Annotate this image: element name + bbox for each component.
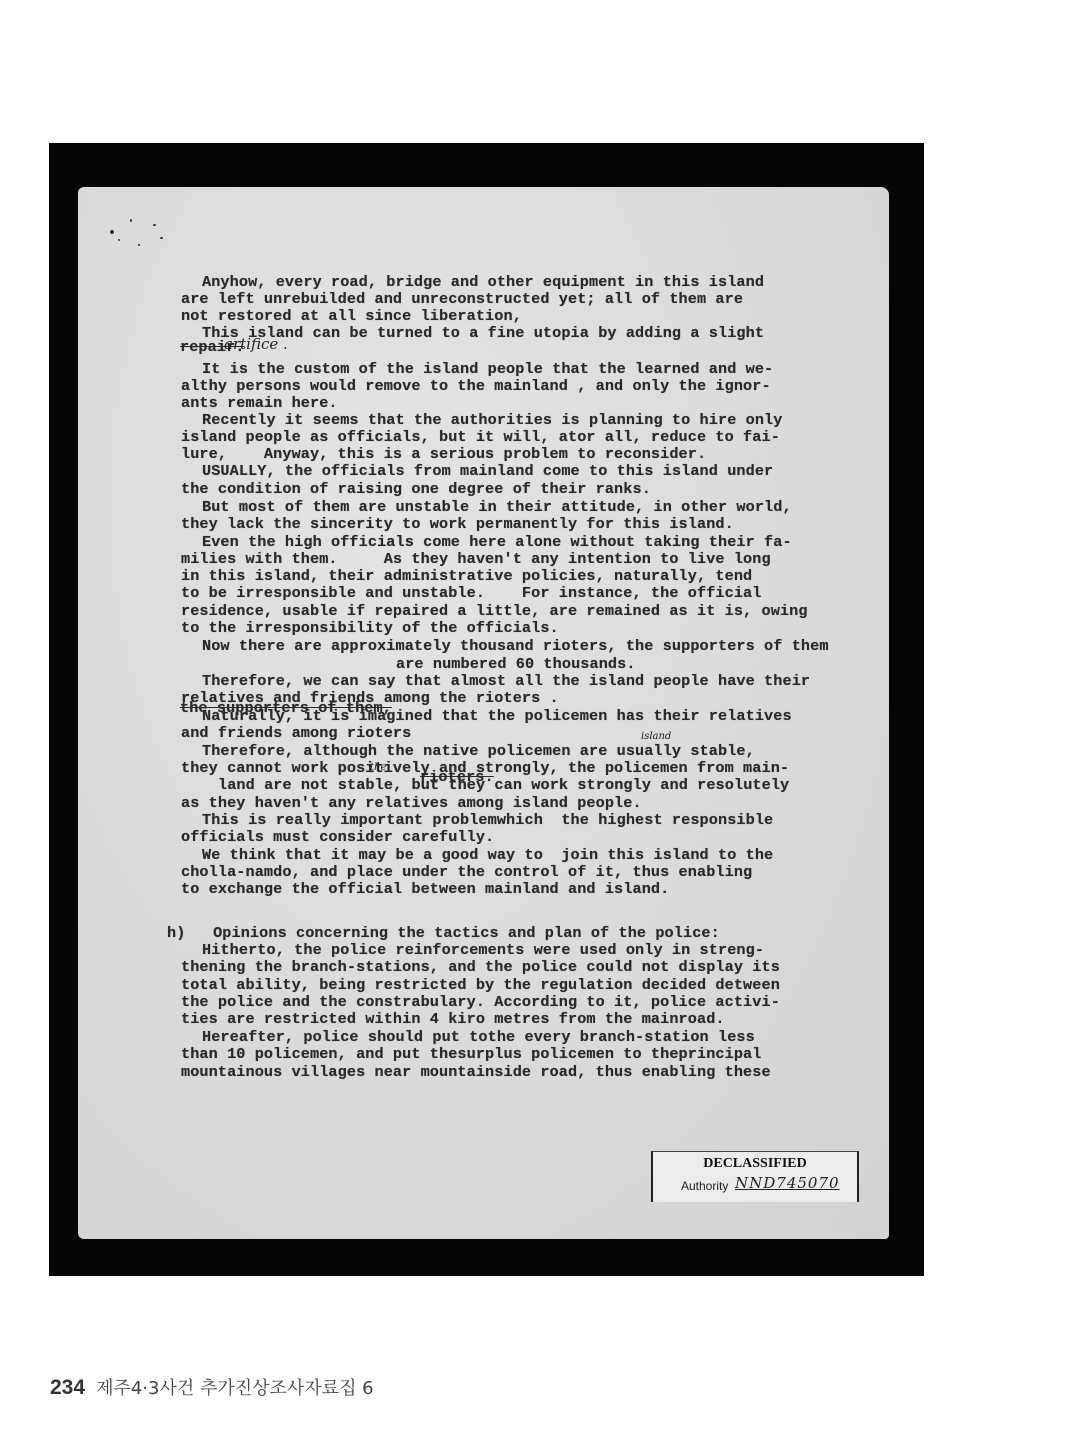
typed-line: are left unrebuilded and unreconstructed… xyxy=(181,292,743,307)
page-footer: 234 제주4·3사건 추가진상조사자료집 6 xyxy=(50,1374,374,1400)
paper-specks xyxy=(108,212,168,242)
typewritten-page: Anyhow, every road, bridge and other equ… xyxy=(78,187,889,1239)
typed-line: Anyhow, every road, bridge and other equ… xyxy=(202,275,764,290)
stamp-title: DECLASSIFIED xyxy=(653,1156,857,1172)
typed-line: Hereafter, police should put tothe every… xyxy=(202,1030,755,1045)
declassified-stamp: DECLASSIFIED Authority NND745070 xyxy=(651,1151,859,1202)
typed-line: total ability, being restricted by the r… xyxy=(181,978,780,993)
typed-line: Now there are approximately thousand rio… xyxy=(202,639,829,654)
stamp-authority-number: NND745070 xyxy=(735,1174,840,1192)
typed-line: USUALLY, the officials from mainland com… xyxy=(202,464,773,479)
typed-line: mountainous villages near mountainside r… xyxy=(181,1065,771,1080)
typed-line: are numbered 60 thousands. xyxy=(396,657,636,672)
handwritten-the: the xyxy=(370,762,386,773)
typed-line: cholla-namdo, and place under the contro… xyxy=(181,865,752,880)
stamp-authority-label: Authority xyxy=(681,1179,728,1193)
typed-line: But most of them are unstable in their a… xyxy=(202,500,792,515)
typed-line: thening the branch-stations, and the pol… xyxy=(181,960,780,975)
typed-line: officials must consider carefully. xyxy=(181,830,494,845)
handwritten-island: island xyxy=(641,731,671,742)
typed-line: althy persons would remove to the mainla… xyxy=(181,379,771,394)
typed-line: Therefore, we can say that almost all th… xyxy=(202,674,810,689)
typed-line: to exchange the official between mainlan… xyxy=(181,882,669,897)
typed-line: land are not stable, but they can work s… xyxy=(218,778,789,793)
typed-line: than 10 policemen, and put thesurplus po… xyxy=(181,1047,761,1062)
typed-line: as they haven't any relatives among isla… xyxy=(181,796,642,811)
typed-line: ants remain here. xyxy=(181,396,338,411)
typed-line: island people as officials, but it will,… xyxy=(181,430,780,445)
struck-text-supporters: the supporters of them, xyxy=(180,701,392,716)
typed-line: ties are restricted within 4 kiro metres… xyxy=(181,1012,725,1027)
struck-text-rioters: rioters. xyxy=(420,770,494,785)
handwritten-artifice: artifice . xyxy=(224,335,288,353)
page-number: 234 xyxy=(50,1376,85,1399)
typed-line: in this island, their administrative pol… xyxy=(181,569,752,584)
typed-line: and friends among rioters xyxy=(181,726,411,741)
typed-line: to the irresponsibility of the officials… xyxy=(181,621,559,636)
typed-line: We think that it may be a good way to jo… xyxy=(202,848,773,863)
typed-line: Hitherto, the police reinforcements were… xyxy=(202,943,764,958)
typed-line: residence, usable if repaired a little, … xyxy=(181,604,808,619)
typed-line: the police and the constrabulary. Accord… xyxy=(181,995,780,1010)
photo-frame: Anyhow, every road, bridge and other equ… xyxy=(49,143,924,1276)
typed-line: This is really important problemwhich th… xyxy=(202,813,773,828)
typed-line: It is the custom of the island people th… xyxy=(202,362,773,377)
typed-line: to be irresponsible and unstable. For in… xyxy=(181,586,761,601)
typed-line: h) Opinions concerning the tactics and p… xyxy=(167,926,720,941)
typed-line: not restored at all since liberation, xyxy=(181,309,522,324)
typed-line: the condition of raising one degree of t… xyxy=(181,482,651,497)
typed-line: Even the high officials come here alone … xyxy=(202,535,792,550)
book-title: 제주4·3사건 추가진상조사자료집 6 xyxy=(96,1378,374,1399)
typed-line: lure, Anyway, this is a serious problem … xyxy=(181,447,706,462)
typed-line: Recently it seems that the authorities i… xyxy=(202,413,782,428)
typed-line: milies with them. As they haven't any in… xyxy=(181,552,771,567)
typed-line: they lack the sincerity to work permanen… xyxy=(181,517,734,532)
typed-line: Therefore, although the native policemen… xyxy=(202,744,755,759)
